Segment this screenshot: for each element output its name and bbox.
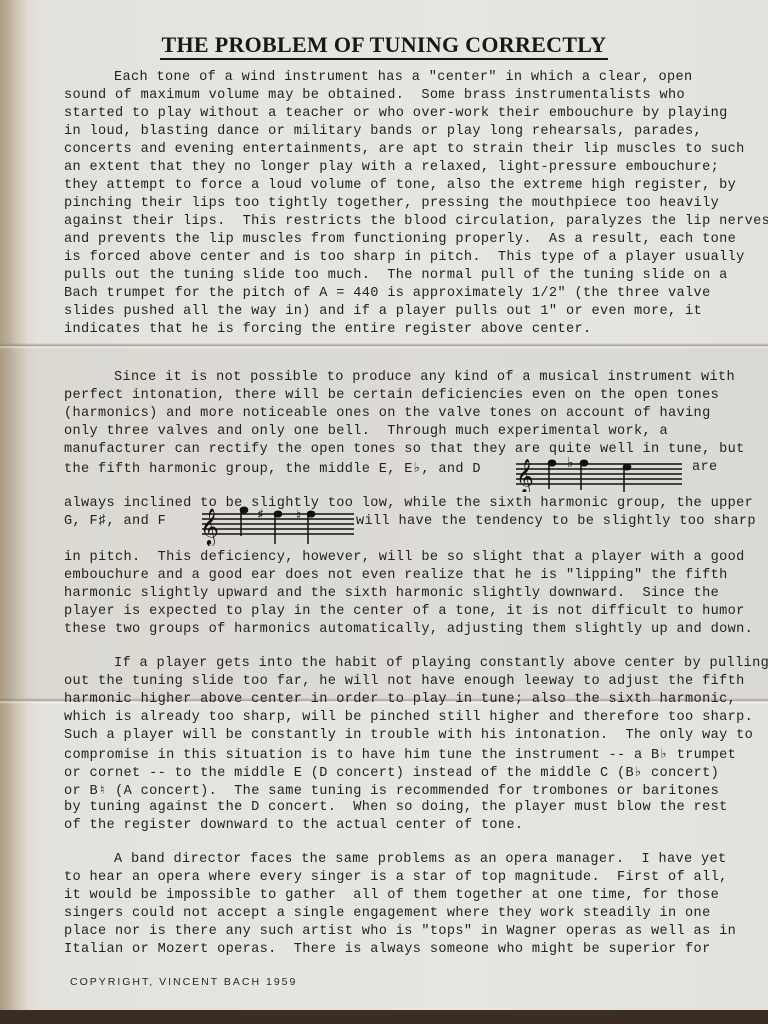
text-line: Each tone of a wind instrument has a "ce… [114, 70, 693, 85]
text-line: against their lips. This restricts the b… [64, 214, 768, 229]
text-line: out the tuning slide too far, he will no… [64, 674, 745, 689]
text-line: Such a player will be constantly in trou… [64, 728, 753, 743]
text-line: an extent that they no longer play with … [64, 160, 719, 175]
text-line: will have the tendency to be slightly to… [356, 514, 756, 529]
natural-sign-icon: ♮ [296, 508, 301, 524]
text-line: Since it is not possible to produce any … [114, 370, 735, 385]
text-line: these two groups of harmonics automatica… [64, 622, 753, 637]
fold-line [0, 343, 768, 349]
text-line: embouchure and a good ear does not even … [64, 568, 728, 583]
text-line: G, F♯, and F [64, 514, 166, 529]
text-line: concerts and evening entertainments, are… [64, 142, 745, 157]
treble-clef-icon: 𝄞 [516, 459, 534, 492]
music-staff-sixth-harmonic: 𝄞 ♯ ♮ [198, 502, 358, 546]
text-line: sound of maximum volume may be obtained.… [64, 88, 685, 103]
text-line: or cornet -- to the middle E (D concert)… [64, 764, 719, 781]
document-title: THE PROBLEM OF TUNING CORRECTLY [0, 32, 768, 58]
text-line: by tuning against the D concert. When so… [64, 800, 728, 815]
sharp-sign-icon: ♯ [257, 507, 264, 523]
text-line: always inclined to be slightly too low, … [64, 496, 753, 511]
document-page: THE PROBLEM OF TUNING CORRECTLY Each ton… [0, 0, 768, 1010]
text-line: Italian or Mozert operas. There is alway… [64, 942, 711, 957]
text-line: or B♮ (A concert). The same tuning is re… [64, 782, 719, 799]
text-line: pulls out the tuning slide too much. The… [64, 268, 728, 283]
text-line: in pitch. This deficiency, however, will… [64, 550, 745, 565]
text-line: If a player gets into the habit of playi… [114, 656, 768, 671]
text-line: harmonic slightly upward and the sixth h… [64, 586, 719, 601]
text-line: (harmonics) and more noticeable ones on … [64, 406, 711, 421]
text-line: started to play without a teacher or who… [64, 106, 728, 121]
text-line: to hear an opera where every singer is a… [64, 870, 728, 885]
text-line: the fifth harmonic group, the middle E, … [64, 460, 481, 477]
text-line: in loud, blasting dance or military band… [64, 124, 702, 139]
text-line: A band director faces the same problems … [114, 852, 727, 867]
text-line: perfect intonation, there will be certai… [64, 388, 719, 403]
flat-sign-icon: ♭ [567, 455, 574, 471]
music-staff-fifth-harmonic: 𝄞 ♭ [512, 452, 684, 492]
text-line: harmonic higher above center in order to… [64, 692, 736, 707]
text-line: indicates that he is forcing the entire … [64, 322, 591, 337]
text-line: which is already too sharp, will be pinc… [64, 710, 753, 725]
text-line: pinching their lips too tightly together… [64, 196, 719, 211]
text-line: it would be impossible to gather all of … [64, 888, 719, 903]
text-line: they attempt to force a loud volume of t… [64, 178, 736, 193]
text-line: singers could not accept a single engage… [64, 906, 711, 921]
treble-clef-icon: 𝄞 [200, 507, 219, 546]
copyright-notice: COPYRIGHT, VINCENT BACH 1959 [70, 976, 297, 988]
text-line: slides pushed all the way in) and if a p… [64, 304, 702, 319]
text-line: only three valves and only one bell. Thr… [64, 424, 668, 439]
text-line: are [692, 460, 718, 475]
text-line: place nor is there any such artist who i… [64, 924, 736, 939]
text-line: of the register downward to the actual c… [64, 818, 523, 833]
text-line: compromise in this situation is to have … [64, 746, 736, 763]
text-line: player is expected to play in the center… [64, 604, 745, 619]
text-line: Bach trumpet for the pitch of A = 440 is… [64, 286, 711, 301]
text-line: and prevents the lip muscles from functi… [64, 232, 736, 247]
text-line: is forced above center and is too sharp … [64, 250, 745, 265]
